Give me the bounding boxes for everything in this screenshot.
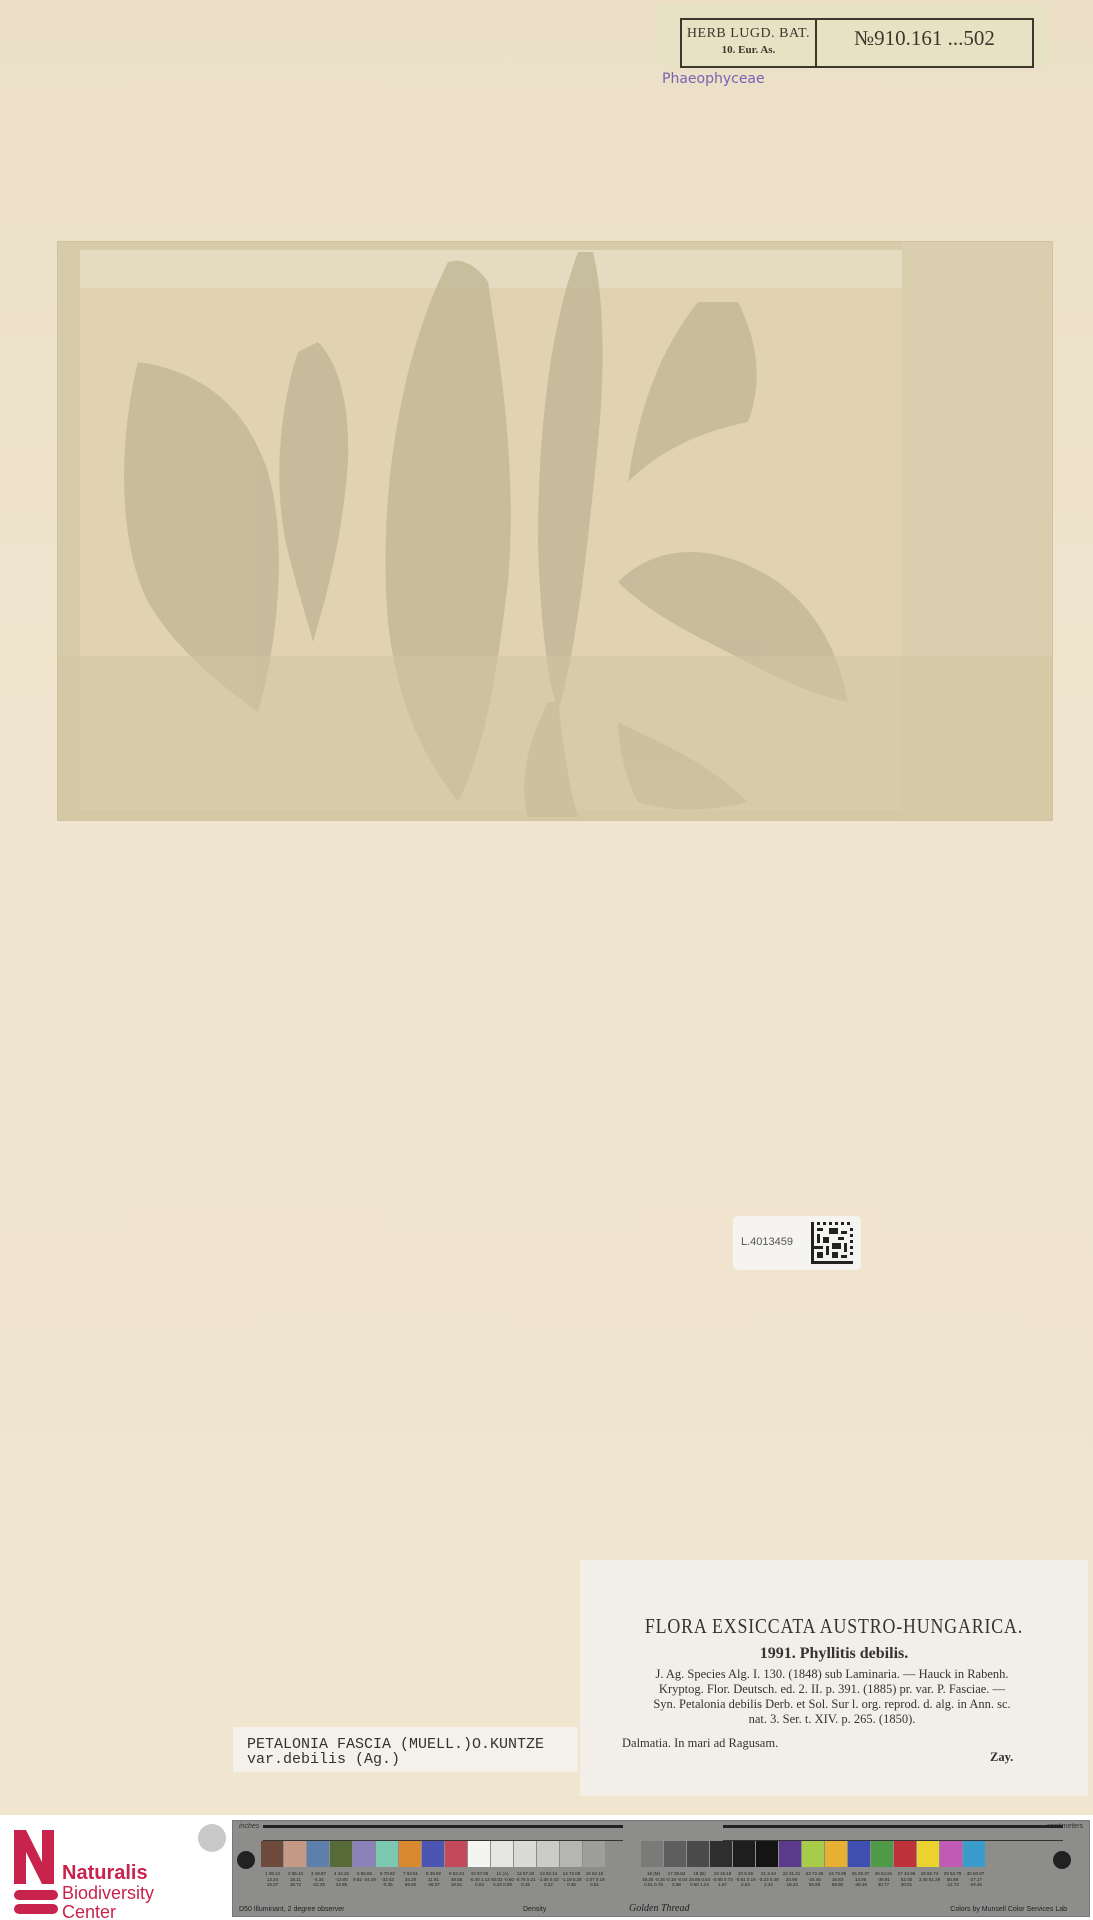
color-patch <box>733 1841 755 1867</box>
naturalis-n-icon <box>12 1828 60 1918</box>
reference-line: nat. 3. Ser. t. XIV. p. 265. (1850). <box>620 1712 1044 1727</box>
logo-text-biodiversity: Biodiversity <box>62 1883 154 1904</box>
flora-label-species: 1991. Phyllitis debilis. <box>580 1645 1088 1663</box>
patch-values: 7 63.51 34.26 59.60 <box>399 1871 422 1888</box>
patch-values: 16 (M) 49.25 -0.16 0.01 0.75 <box>642 1871 665 1888</box>
patch-values: 6 70.82 -33.43 -0.35 <box>376 1871 399 1888</box>
reference-line: Kryptog. Flor. Deutsch. ed. 2. II. p. 39… <box>620 1682 1044 1697</box>
color-patch <box>445 1841 467 1867</box>
color-patch <box>710 1841 732 1867</box>
flora-label-locality: Dalmatia. In mari ad Ragusam. <box>622 1736 778 1751</box>
patch-values: 3 49.87 -4.34 -22.29 <box>307 1871 330 1888</box>
color-patch <box>468 1841 490 1867</box>
flora-label-collector: Zay. <box>990 1750 1013 1765</box>
color-patch <box>399 1841 421 1867</box>
patch-values: 26 54.91 -38.91 30.77 <box>872 1871 895 1888</box>
patch-values: 8 39.92 11.81 -46.07 <box>422 1871 445 1888</box>
chart-hole-left <box>237 1851 255 1869</box>
patch-values: 11 (A) 92.02 -0.60 0.23 0.09 <box>491 1871 514 1888</box>
determination-name: PETALONIA FASCIA (MUELL.)O.KUNTZE <box>247 1737 578 1752</box>
patch-values: 10 97.06 -0.40 1.13 0.04 <box>468 1871 491 1888</box>
herbarium-name: HERB LUGD. BAT. <box>682 26 815 42</box>
determination-variety: var.debilis (Ag.) <box>247 1752 578 1767</box>
reference-line: Syn. Petalonia debilis Derb. et Sol. Sur… <box>620 1697 1044 1712</box>
color-patch <box>284 1841 306 1867</box>
patch-values: 15 62.15 -1.07 0.19 0.51 <box>583 1871 606 1888</box>
color-patch <box>514 1841 536 1867</box>
lab-values-row: 1 39.12 13.24 15.072 65.43 18.11 18.723 … <box>261 1871 987 1888</box>
patch-values: 18 (B) 28.86 0.54 0.60 1.24 <box>688 1871 711 1888</box>
color-patch <box>491 1841 513 1867</box>
color-patch <box>376 1841 398 1867</box>
color-patch <box>848 1841 870 1867</box>
flora-exsiccata-label: FLORA EXSICCATA AUSTRO-HUNGARICA. 1991. … <box>580 1560 1088 1796</box>
flora-label-references: J. Ag. Species Alg. I. 130. (1848) sub L… <box>620 1667 1044 1727</box>
color-patch <box>963 1841 985 1867</box>
patch-values: 29 52.79 50.88 -12.72 <box>941 1871 964 1888</box>
patch-values: 30 50.87 -27.17 -29.46 <box>964 1871 987 1888</box>
color-patch <box>871 1841 893 1867</box>
patch-values: 20 8.29 -0.81 0.19 2.04 <box>734 1871 757 1888</box>
chart-hole-right <box>1053 1851 1071 1869</box>
color-patch <box>756 1841 778 1867</box>
barcode-label: L.4013459 <box>733 1216 861 1270</box>
inch-scale <box>263 1825 623 1841</box>
packet-bottom-flap <box>58 656 1052 820</box>
specimen-packet <box>58 242 1052 820</box>
illuminant-label: D50 Illuminant, 2 degree observer <box>239 1906 344 1913</box>
patch-values: 5 55.56 9.82 -24.49 <box>353 1871 376 1888</box>
reference-line: J. Ag. Species Alg. I. 130. (1848) sub L… <box>620 1667 1044 1682</box>
patch-values: 21 3.44 -0.23 0.49 2.42 <box>757 1871 780 1888</box>
gray-reference-dot <box>198 1824 226 1852</box>
patch-values: 4 44.26 -13.80 22.85 <box>330 1871 353 1888</box>
patch-values: 14 72.06 -1.19 0.28 0.36 <box>560 1871 583 1888</box>
inches-label: inches <box>239 1823 259 1830</box>
color-patch <box>560 1841 582 1867</box>
patch-values: 9 52.24 48.55 18.51 <box>445 1871 468 1888</box>
patch-values: 1 39.12 13.24 15.07 <box>261 1871 284 1888</box>
color-calibration-chart: inches centimeters 1 39.12 13.24 15.072 … <box>232 1820 1090 1917</box>
color-patch <box>307 1841 329 1867</box>
logo-text-center: Center <box>62 1902 116 1920</box>
catalog-number: L.4013459 <box>741 1236 793 1248</box>
color-patch <box>641 1841 663 1867</box>
munsell-credit: Colors by Munsell Color Services Lab <box>950 1906 1067 1913</box>
color-patch <box>353 1841 375 1867</box>
herbarium-region: 10. Eur. As. <box>682 44 815 56</box>
family-stamp: Phaeophyceae <box>662 71 765 87</box>
patch-values: 24 72.95 16.83 68.80 <box>826 1871 849 1888</box>
color-patch <box>537 1841 559 1867</box>
herbarium-number: №910.161 ...502 <box>817 20 1032 66</box>
color-patch <box>664 1841 686 1867</box>
herbarium-sheet: HERB LUGD. BAT. 10. Eur. As. №910.161 ..… <box>0 0 1093 1815</box>
patch-values: 13 82.14 -1.06 0.43 0.22 <box>537 1871 560 1888</box>
patch-values: 2 65.43 18.11 18.72 <box>284 1871 307 1888</box>
color-patch <box>940 1841 962 1867</box>
color-patch <box>583 1841 605 1867</box>
patch-values: 23 72.46 -24.45 55.93 <box>803 1871 826 1888</box>
color-patch <box>894 1841 916 1867</box>
herbarium-label-institution: HERB LUGD. BAT. 10. Eur. As. <box>682 20 817 66</box>
color-patch <box>825 1841 847 1867</box>
centimeter-scale <box>723 1825 1063 1841</box>
patch-values: 27 43.96 52.00 30.01 <box>895 1871 918 1888</box>
color-swatch-row <box>261 1841 986 1867</box>
color-patch <box>261 1841 283 1867</box>
density-label: Density <box>523 1906 546 1913</box>
herbarium-label: HERB LUGD. BAT. 10. Eur. As. №910.161 ..… <box>658 4 1050 66</box>
patch-values: 28 82.74 3.45 81.29 <box>918 1871 941 1888</box>
datamatrix-code-icon <box>811 1222 853 1264</box>
determination-label: PETALONIA FASCIA (MUELL.)O.KUNTZE var.de… <box>233 1727 578 1772</box>
footer-bar: Naturalis Biodiversity Center inches cen… <box>0 1815 1093 1920</box>
patch-values: 25 29.37 13.06 -49.49 <box>849 1871 872 1888</box>
color-patch <box>422 1841 444 1867</box>
color-patch <box>687 1841 709 1867</box>
patch-values: 19 16.19 -0.05 0.73 1.67 <box>711 1871 734 1888</box>
patch-values: 17 38.62 -0.18 -0.04 0.98 <box>665 1871 688 1888</box>
logo-text-naturalis: Naturalis <box>62 1862 148 1885</box>
color-patch <box>779 1841 801 1867</box>
color-patch <box>917 1841 939 1867</box>
herbarium-label-frame: HERB LUGD. BAT. 10. Eur. As. №910.161 ..… <box>680 18 1034 68</box>
color-patch <box>330 1841 352 1867</box>
golden-thread-label: Golden Thread <box>629 1903 689 1914</box>
patch-values: 22 31.41 20.98 -19.43 <box>780 1871 803 1888</box>
color-patch <box>802 1841 824 1867</box>
patch-values: 12 87.34 -0.75 0.21 0.15 <box>514 1871 537 1888</box>
flora-label-title: FLORA EXSICCATA AUSTRO-HUNGARICA. <box>618 1614 1050 1639</box>
